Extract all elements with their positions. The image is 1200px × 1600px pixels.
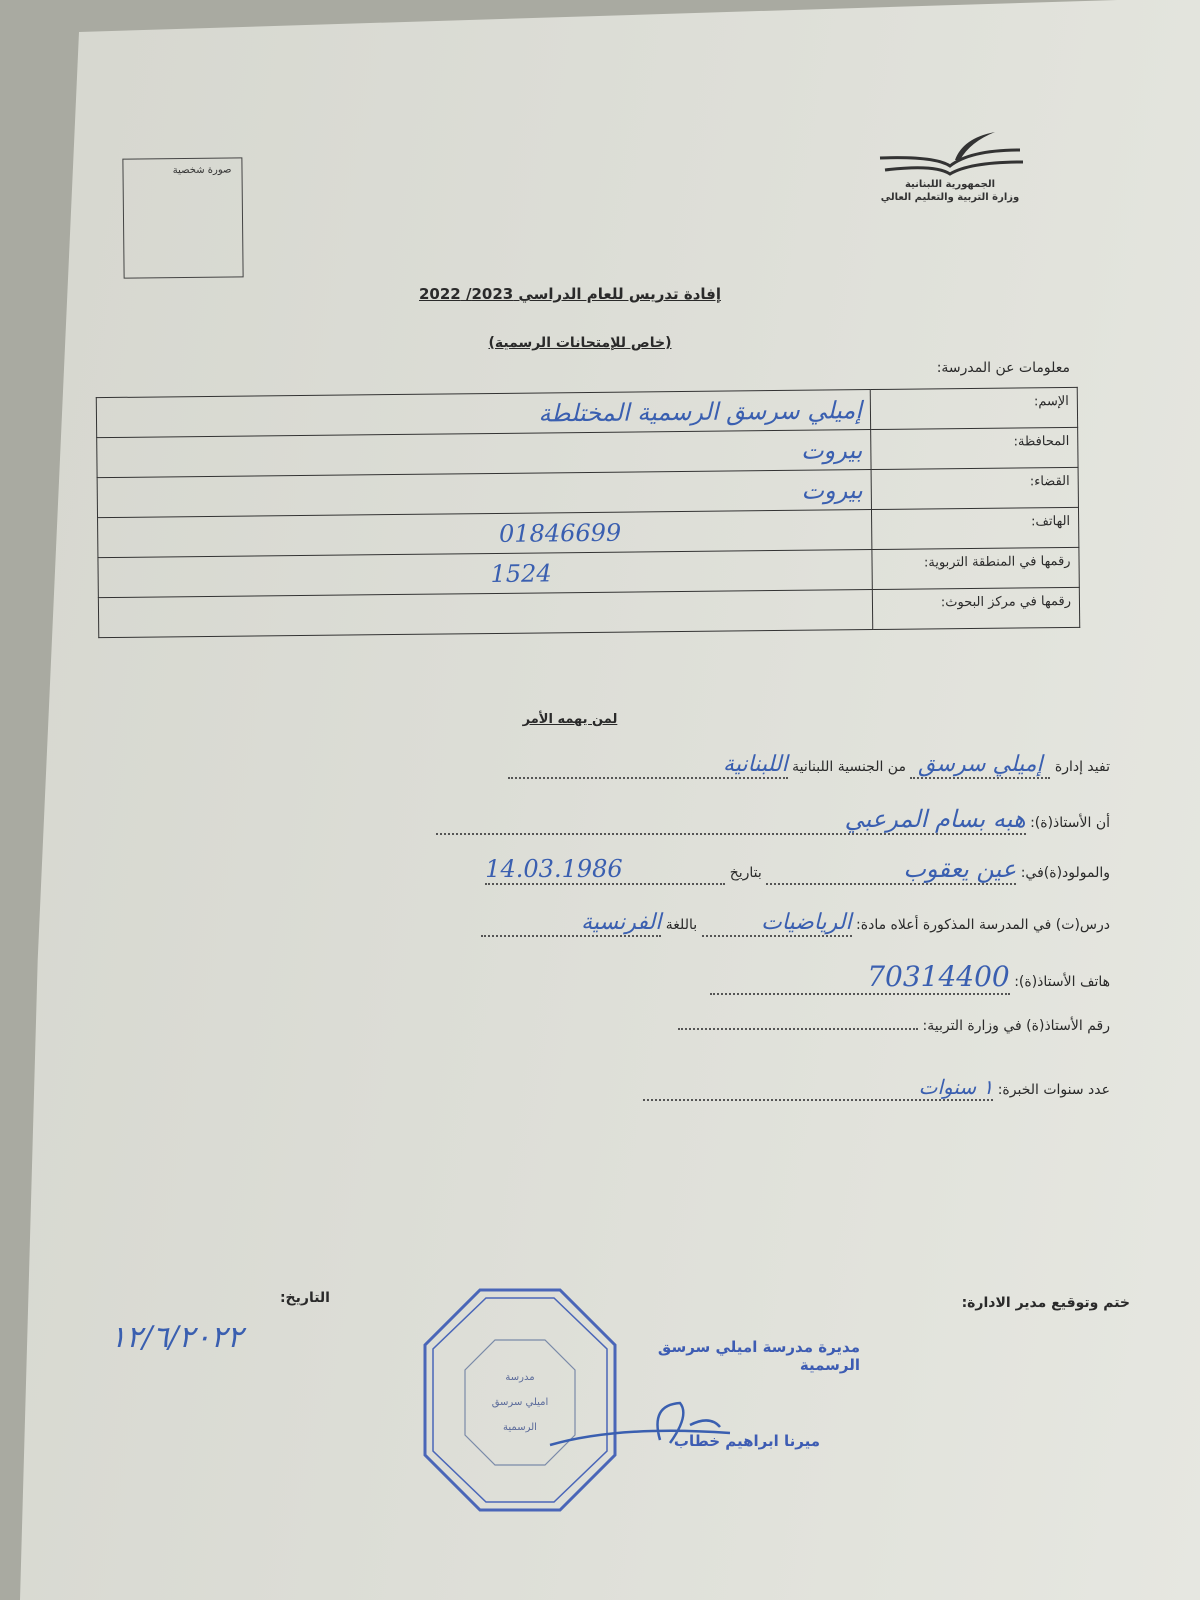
language-value[interactable]: الفرنسية <box>481 910 661 937</box>
open-book-icon <box>875 128 1025 178</box>
school-section-label: معلومات عن المدرسة: <box>860 360 1070 376</box>
principal-stamp-title: مديرة مدرسة اميلي سرسق الرسمية <box>620 1338 860 1374</box>
governorate-label: المحافظة: <box>871 427 1078 469</box>
ministry-label: وزارة التربية والتعليم العالي <box>870 191 1030 204</box>
admin-value[interactable]: إميلي سرسق <box>910 752 1050 779</box>
research-center-number-label: رقمها في مركز البحوث: <box>872 587 1079 629</box>
school-name-label: الإسم: <box>870 387 1077 429</box>
teacher-phone-line: هاتف الأستاذ(ة): 70314400 <box>710 960 1110 990</box>
teacher-phone-label: هاتف الأستاذ(ة): <box>1014 974 1110 990</box>
taught-label: درس(ت) في المدرسة المذكورة أعلاه مادة: <box>856 917 1110 933</box>
ministry-number-label: رقم الأستاذ(ة) في وزارة التربية: <box>923 1018 1110 1034</box>
teacher-label: أن الأستاذ(ة): <box>1030 815 1110 831</box>
document-title: إفادة تدريس للعام الدراسي 2023/ 2022 <box>400 285 740 303</box>
date-label: التاريخ: <box>240 1290 330 1306</box>
principal-name: ميرنا ابراهيم خطاب <box>580 1432 820 1450</box>
ministry-number-line: رقم الأستاذ(ة) في وزارة التربية: <box>678 1018 1110 1048</box>
nationality-label: من الجنسية اللبنانية <box>792 759 906 775</box>
birthdate-label: بتاريخ <box>730 865 762 881</box>
republic-label: الجمهورية اللبنانية <box>870 178 1030 191</box>
teacher-line: أن الأستاذ(ة): هبه بسام المرعبي <box>436 805 1110 835</box>
experience-line: عدد سنوات الخبرة: ١ سنوات <box>643 1075 1110 1105</box>
teacher-value[interactable]: هبه بسام المرعبي <box>436 805 1026 835</box>
birth-line: والمولود(ة)في: عين يعقوب بتاريخ 14.03.19… <box>485 855 1110 885</box>
experience-value[interactable]: ١ سنوات <box>643 1075 993 1101</box>
photo-label: صورة شخصية <box>173 164 232 176</box>
date-value: ١٢/٦/٢٠٢٢ <box>110 1320 280 1355</box>
subject-value[interactable]: الرياضيات <box>702 910 852 937</box>
language-label: باللغة <box>666 917 697 933</box>
district-label: القضاء: <box>871 467 1078 509</box>
born-label: والمولود(ة)في: <box>1021 865 1110 881</box>
school-phone-label: الهاتف: <box>871 507 1078 549</box>
experience-label: عدد سنوات الخبرة: <box>998 1082 1110 1098</box>
ministry-number-value[interactable] <box>678 1028 918 1030</box>
edu-region-number-label: رقمها في المنطقة التربوية: <box>872 547 1079 589</box>
birthplace-value[interactable]: عين يعقوب <box>766 855 1016 885</box>
personal-photo-box: صورة شخصية <box>122 157 243 278</box>
ministry-logo: الجمهورية اللبنانية وزارة التربية والتعل… <box>870 128 1030 218</box>
birthdate-value[interactable]: 14.03.1986 <box>485 855 725 885</box>
signature-label: ختم وتوقيع مدير الادارة: <box>890 1295 1130 1311</box>
to-whom-heading: لمن يهمه الأمر <box>470 712 670 727</box>
admin-line: تفيد إدارة إميلي سرسق من الجنسية اللبنان… <box>508 752 1110 782</box>
school-info-table: إميلي سرسق الرسمية المختلطة الإسم: بيروت… <box>96 387 1080 638</box>
subject-line: درس(ت) في المدرسة المذكورة أعلاه مادة: ا… <box>481 910 1110 940</box>
nationality-value[interactable]: اللبنانية <box>508 752 788 779</box>
seal-line: الرسمية <box>503 1422 537 1433</box>
research-center-number-value[interactable] <box>98 590 872 638</box>
admin-label: تفيد إدارة <box>1055 759 1110 775</box>
seal-line: مدرسة <box>505 1372 534 1383</box>
teacher-phone-value[interactable]: 70314400 <box>710 960 1010 995</box>
document-subtitle: (خاص للإمتحانات الرسمية) <box>440 335 720 351</box>
